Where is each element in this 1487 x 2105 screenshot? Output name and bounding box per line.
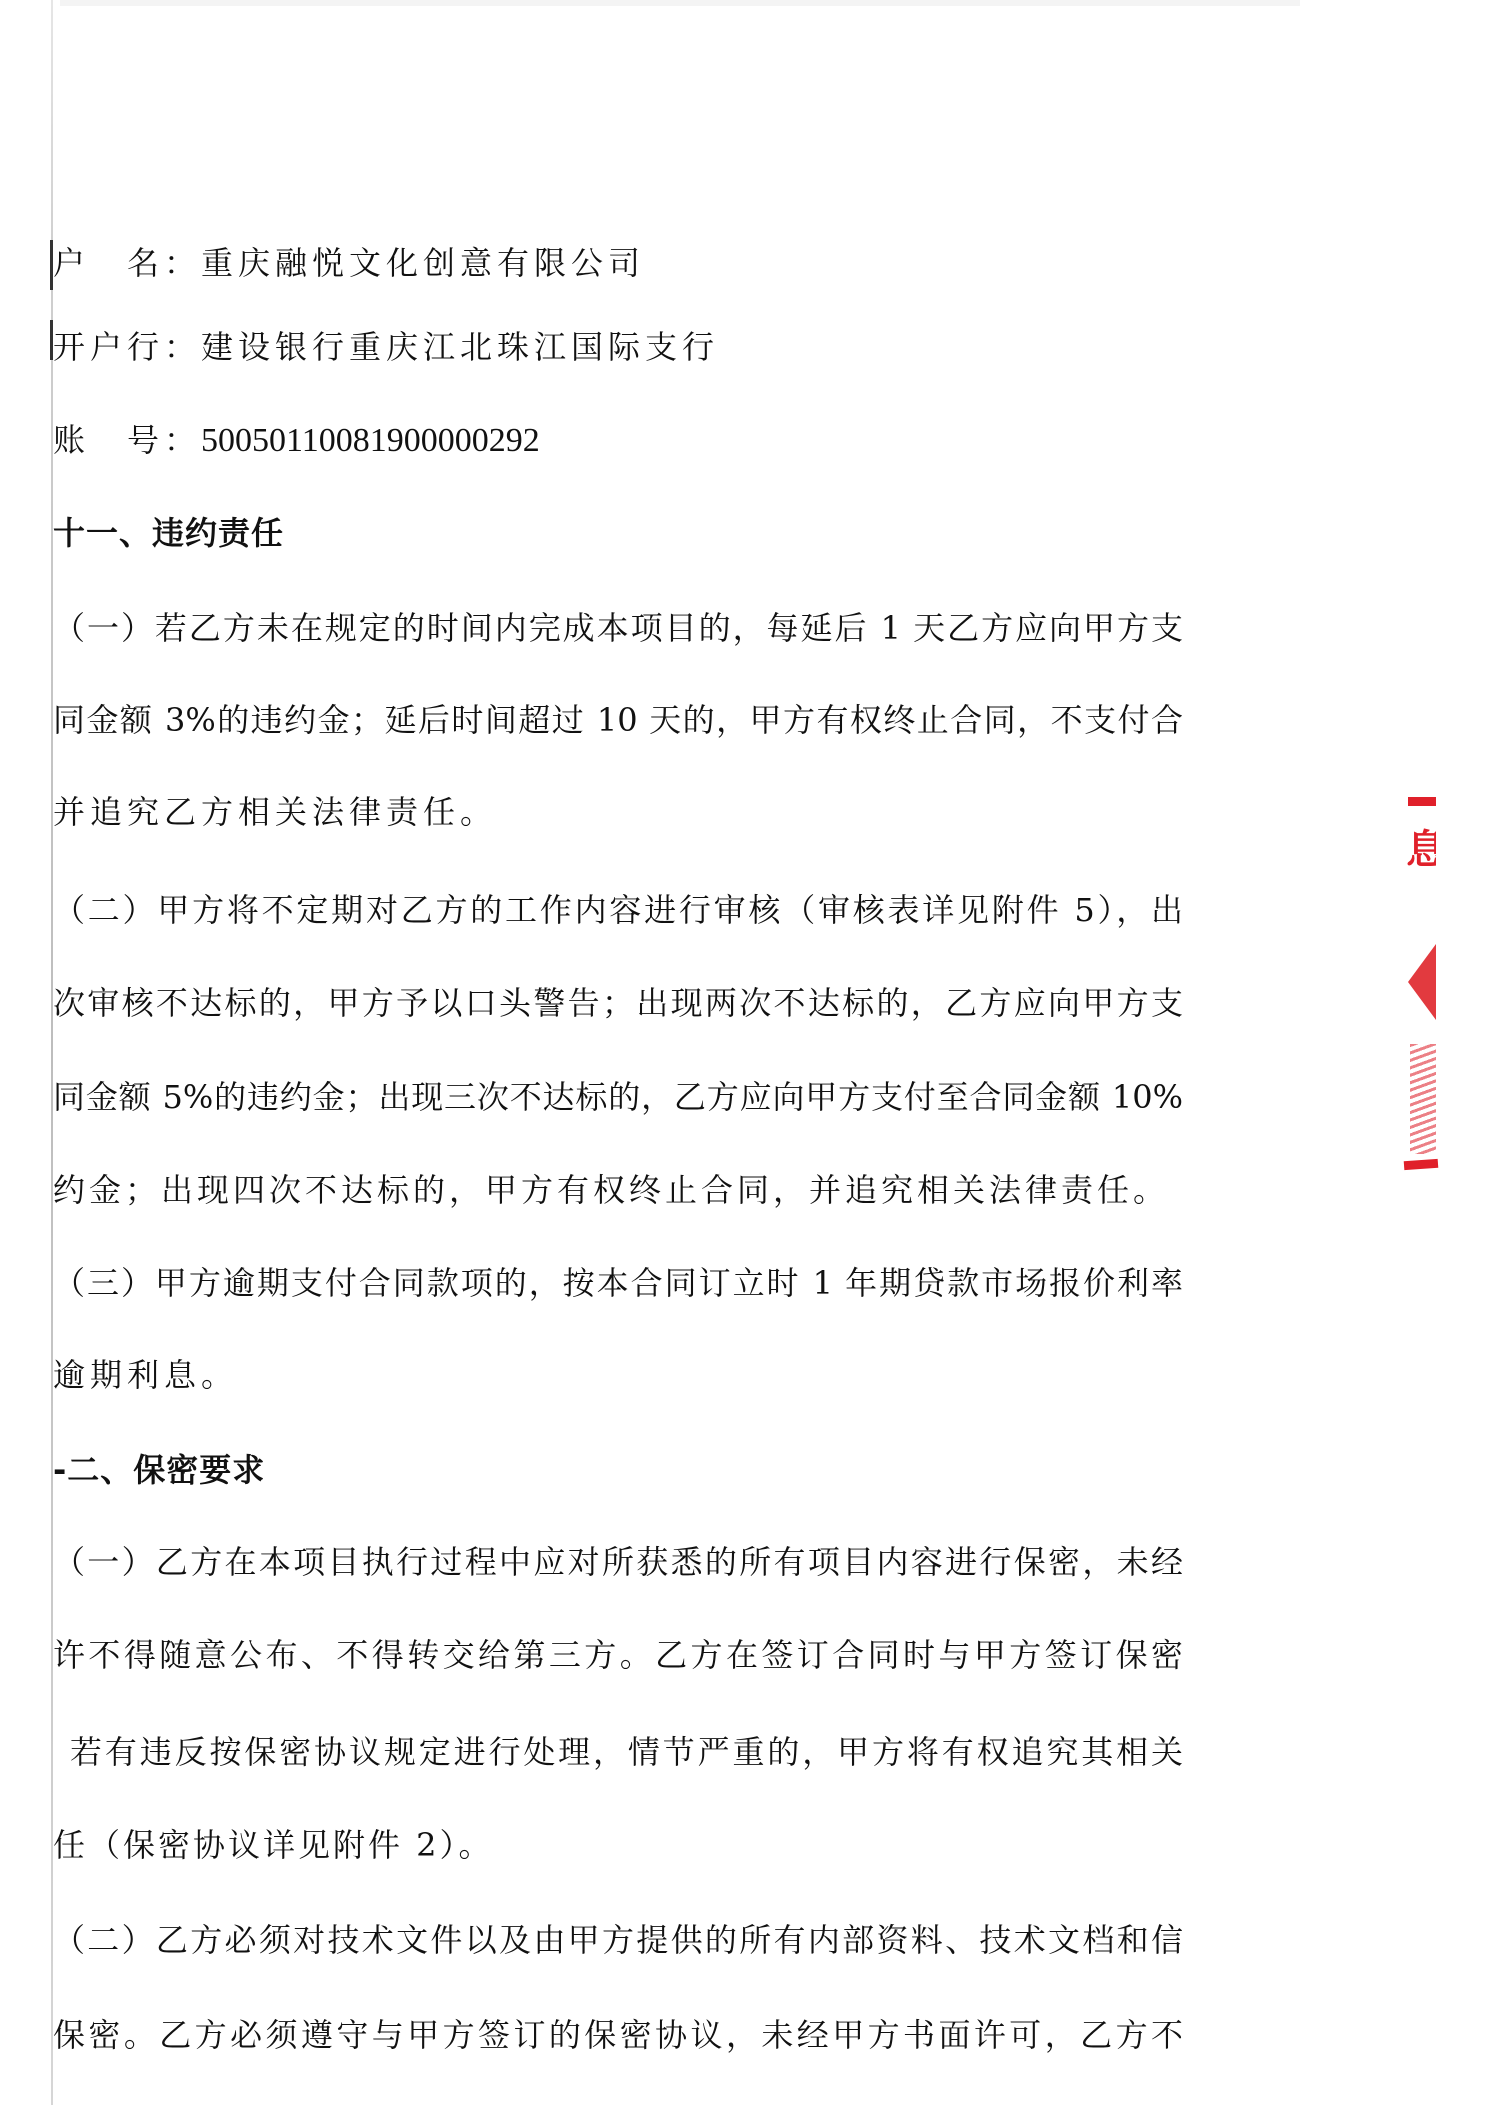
paragraph-line: 约金；出现四次不达标的，甲方有权终止合同，并追究相关法律责任。 (53, 1170, 1169, 1210)
account-number-value: 50050110081900000292 (201, 422, 540, 459)
paragraph-line: 若有违反按保密协议规定进行处理，情节严重的，甲方将有权追究其相关 (70, 1732, 1183, 1772)
paragraph-line: （二）乙方必须对技术文件以及由甲方提供的所有内部资料、技术文档和信 (53, 1920, 1183, 1960)
seal-border-bottom (1404, 1159, 1439, 1170)
account-name-label: 户 名： (53, 244, 201, 282)
account-number-label: 账 号： (53, 421, 201, 459)
paragraph-line: 保密。乙方必须遵守与甲方签订的保密协议，未经甲方书面许可，乙方不 (53, 2015, 1183, 2055)
section-heading-confidentiality: -二、保密要求 (53, 1450, 265, 1490)
paragraph-line: 逾期利息。 (53, 1355, 238, 1395)
seal-glyph: 息 (1406, 818, 1436, 882)
paragraph-line: 并追究乙方相关法律责任。 (53, 792, 497, 832)
paragraph-line: （三）甲方逾期支付合同款项的，按本合同订立时 1 年期贷款市场报价利率 (53, 1263, 1183, 1303)
bank-value: 建设银行重庆江北珠江国际支行 (201, 328, 719, 366)
bank-label: 开户行： (53, 328, 201, 366)
account-number-row: 账 号：50050110081900000292 (53, 420, 540, 460)
paragraph-line: 许不得随意公布、不得转交给第三方。乙方在签订合同时与甲方签订保密 (53, 1635, 1183, 1675)
paragraph-line: 任（保密协议详见附件 2）。 (53, 1825, 494, 1865)
paragraph-line: （二）甲方将不定期对乙方的工作内容进行审核（审核表详见附件 5），出 (53, 890, 1183, 930)
red-seal-stamp: 息 (1404, 794, 1438, 1174)
scan-top-edge (60, 0, 1300, 6)
seal-border-top (1408, 797, 1436, 806)
section-heading-breach-liability: 十一、违约责任 (53, 513, 284, 553)
paragraph-line: 同金额 3%的违约金；延后时间超过 10 天的，甲方有权终止合同，不支付合 (53, 700, 1183, 740)
seal-text-fragment (1410, 1044, 1436, 1154)
account-name-row: 户 名：重庆融悦文化创意有限公司 (53, 243, 645, 283)
paragraph-line: （一）若乙方未在规定的时间内完成本项目的，每延后 1 天乙方应向甲方支 (53, 608, 1183, 648)
page-left-edge (51, 0, 53, 2105)
paragraph-line: 同金额 5%的违约金；出现三次不达标的，乙方应向甲方支付至合同金额 10% (53, 1077, 1183, 1117)
bank-row: 开户行：建设银行重庆江北珠江国际支行 (53, 327, 719, 367)
paragraph-line: 次审核不达标的，甲方予以口头警告；出现两次不达标的，乙方应向甲方支 (53, 983, 1183, 1023)
account-name-value: 重庆融悦文化创意有限公司 (201, 244, 645, 282)
paragraph-line: （一）乙方在本项目执行过程中应对所获悉的所有项目内容进行保密，未经 (53, 1542, 1183, 1582)
seal-star-fragment (1408, 944, 1436, 1020)
